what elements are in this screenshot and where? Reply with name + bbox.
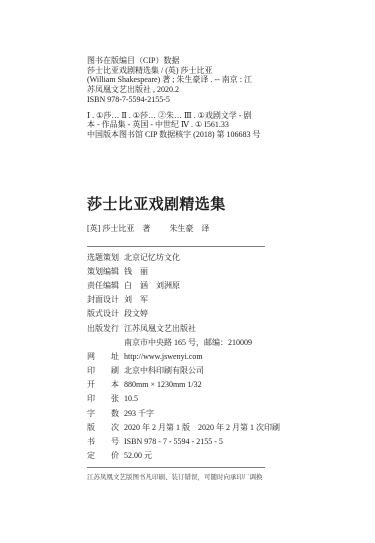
cip-classification-line: 本 - 作品集 - 英国 - 中世纪 Ⅳ . ① I561.33 bbox=[87, 120, 297, 130]
cip-section: 图书在版编目（CIP）数据 莎士比亚戏剧精选集 / (英) 莎士比亚 (Will… bbox=[87, 56, 297, 140]
info-value: 北京记忆坊文化 bbox=[124, 252, 265, 263]
info-row: 版式设计段文婷 bbox=[87, 307, 265, 321]
cip-record-line: (William Shakespeare) 著 ; 朱生豪译 . -- 南京 :… bbox=[87, 75, 297, 85]
cip-record-line: 莎士比亚戏剧精选集 / (英) 莎士比亚 bbox=[87, 66, 297, 76]
publication-info: 选题策划北京记忆坊文化 策划编辑钱 丽 责任编辑白 涵 刘洲原 封面设计刘 军 … bbox=[87, 246, 265, 481]
info-value: 北京中科印刷有限公司 bbox=[124, 365, 265, 376]
info-value: 2020 年 2 月第 1 版 2020 年 2 月第 1 次印刷 bbox=[124, 422, 280, 433]
author: [英] 莎士比亚 著 bbox=[87, 224, 150, 233]
info-row: 字 数293 千字 bbox=[87, 406, 265, 420]
info-value: 10.5 bbox=[124, 394, 265, 403]
info-value: 南京市中央路 165 号，邮编：210009 bbox=[124, 337, 265, 348]
info-label: 策划编辑 bbox=[87, 266, 124, 277]
info-row: 封面设计刘 军 bbox=[87, 293, 265, 307]
info-value: 52.00 元 bbox=[124, 450, 265, 461]
info-label: 字 数 bbox=[87, 408, 124, 419]
book-title: 莎士比亚戏剧精选集 bbox=[87, 196, 226, 214]
cip-classification: Ⅰ . ①莎… Ⅱ . ①莎… ②朱… Ⅲ . ①戏剧文学 - 剧 本 - 作品… bbox=[87, 111, 297, 130]
info-value: 江苏凤凰文艺出版社 bbox=[124, 323, 265, 334]
info-row: 书 号ISBN 978 - 7 - 5594 - 2155 - 5 bbox=[87, 434, 265, 448]
info-label: 版式设计 bbox=[87, 308, 124, 319]
info-value: 段文婷 bbox=[124, 308, 265, 319]
info-row: 选题策划北京记忆坊文化 bbox=[87, 250, 265, 264]
info-value: 白 涵 刘洲原 bbox=[124, 280, 265, 291]
info-row: 开 本880mm × 1230mm 1/32 bbox=[87, 378, 265, 392]
info-value: 293 千字 bbox=[124, 408, 265, 419]
info-label: 网 址 bbox=[87, 351, 124, 362]
cip-heading: 图书在版编目（CIP）数据 bbox=[87, 56, 297, 66]
info-value: 880mm × 1230mm 1/32 bbox=[124, 380, 265, 389]
info-value: 钱 丽 bbox=[124, 266, 265, 277]
colophon-page: 图书在版编目（CIP）数据 莎士比亚戏剧精选集 / (英) 莎士比亚 (Will… bbox=[0, 0, 375, 543]
title-block: 莎士比亚戏剧精选集 [英] 莎士比亚 著朱生豪 译 bbox=[87, 196, 226, 234]
misprint-exchange-note: 江苏凤凰文艺版图书凡印刷、装订错误，可随时向承印厂调换 bbox=[87, 472, 265, 481]
info-value: ISBN 978 - 7 - 5594 - 2155 - 5 bbox=[124, 437, 265, 446]
info-label: 印 张 bbox=[87, 393, 124, 404]
info-label: 印 刷 bbox=[87, 365, 124, 376]
info-row: 网 址http://www.jswenyi.com bbox=[87, 349, 265, 363]
byline: [英] 莎士比亚 著朱生豪 译 bbox=[87, 223, 226, 234]
info-label: 版 次 bbox=[87, 422, 124, 433]
info-label: 开 本 bbox=[87, 379, 124, 390]
info-label: 责任编辑 bbox=[87, 280, 124, 291]
cip-record: 莎士比亚戏剧精选集 / (英) 莎士比亚 (William Shakespear… bbox=[87, 66, 297, 105]
divider-bottom bbox=[87, 467, 265, 468]
info-row: 出版发行江苏凤凰文艺出版社 bbox=[87, 321, 265, 335]
info-row: 印 刷北京中科印刷有限公司 bbox=[87, 364, 265, 378]
info-row: 责任编辑白 涵 刘洲原 bbox=[87, 278, 265, 292]
info-label: 书 号 bbox=[87, 436, 124, 447]
info-value: http://www.jswenyi.com bbox=[124, 352, 265, 361]
publication-rows: 选题策划北京记忆坊文化 策划编辑钱 丽 责任编辑白 涵 刘洲原 封面设计刘 军 … bbox=[87, 247, 265, 467]
cip-isbn: ISBN 978-7-5594-2155-5 bbox=[87, 95, 297, 105]
cip-classification-line: Ⅰ . ①莎… Ⅱ . ①莎… ②朱… Ⅲ . ①戏剧文学 - 剧 bbox=[87, 111, 297, 121]
info-value: 刘 军 bbox=[124, 294, 265, 305]
info-row: 定 价52.00 元 bbox=[87, 449, 265, 463]
cip-registry-number: 中国版本图书馆 CIP 数据核字 (2018) 第 106683 号 bbox=[87, 130, 297, 140]
info-row: 版 次2020 年 2 月第 1 版 2020 年 2 月第 1 次印刷 bbox=[87, 420, 265, 434]
info-row: 印 张10.5 bbox=[87, 392, 265, 406]
info-label: 出版发行 bbox=[87, 323, 124, 334]
info-label: 定 价 bbox=[87, 450, 124, 461]
info-label: 封面设计 bbox=[87, 294, 124, 305]
info-row: 南京市中央路 165 号，邮编：210009 bbox=[87, 335, 265, 349]
info-row: 策划编辑钱 丽 bbox=[87, 264, 265, 278]
info-label: 选题策划 bbox=[87, 252, 124, 263]
cip-record-line: 苏凤凰文艺出版社 , 2020.2 bbox=[87, 85, 297, 95]
translator: 朱生豪 译 bbox=[169, 224, 209, 233]
